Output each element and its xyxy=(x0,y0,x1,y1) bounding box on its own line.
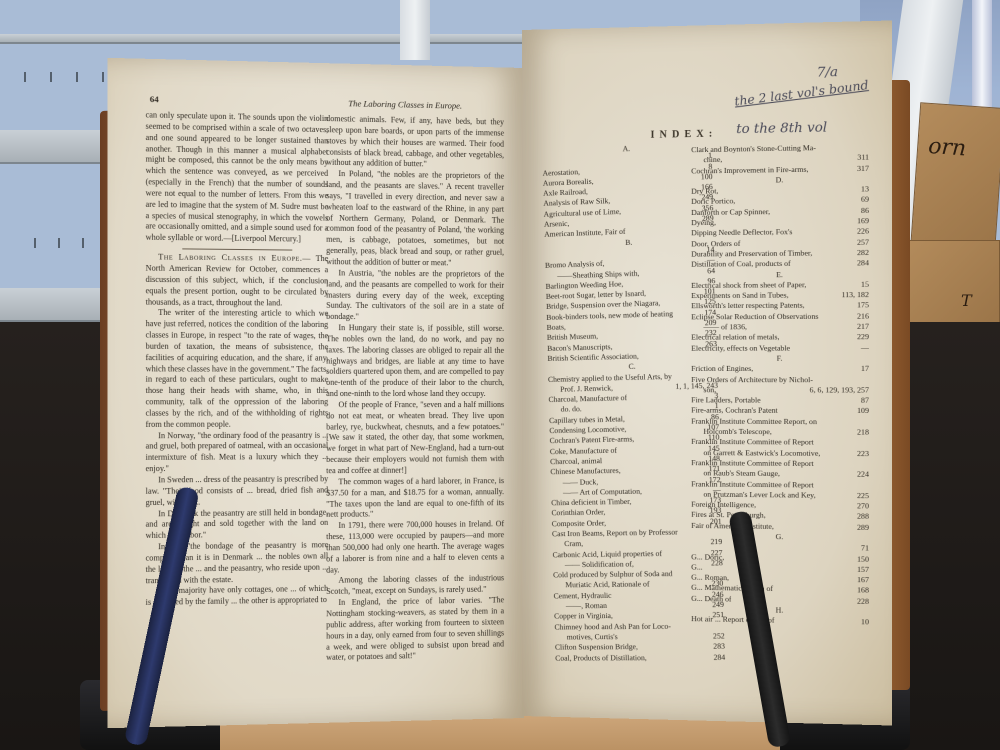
index-entry-page: 69 xyxy=(857,195,869,206)
shelf-slot xyxy=(58,238,60,248)
index-entry: son,6, 6, 129, 193, 257 xyxy=(691,385,869,396)
index-entry-title: Experiments on Sand in Tubes, xyxy=(691,291,788,302)
index-entry-title: G... xyxy=(691,562,702,573)
running-head: 64 The Laboring Classes in Europe. xyxy=(150,94,502,102)
index-entry-title: Cochran's Improvement in Fire-arms, xyxy=(691,164,808,176)
index-entry: Franklin Institute Committee Report, on xyxy=(691,416,869,427)
index-entry-page xyxy=(865,417,869,428)
index-entry-title: Composite Order, xyxy=(552,518,607,529)
index-entry-title: on Raub's Steam Gauge, xyxy=(691,468,780,479)
paragraph: In Hungary their state is, if possible, … xyxy=(326,323,504,400)
index-entry-page: 228 xyxy=(853,596,869,607)
index-entry-page: 229 xyxy=(853,332,869,343)
right-page: 7/a the 2 last vol's bound INDEX: to the… xyxy=(522,20,892,725)
section-heading: The Laboring Classes in Europe.— xyxy=(158,252,311,263)
index-entry: —— of 1836,217 xyxy=(691,322,869,333)
index-entry-title: G... Doric, xyxy=(691,552,724,563)
index-entry-title: Electrical shock from sheet of Paper, xyxy=(691,280,806,291)
index-entry-page: 167 xyxy=(853,575,869,586)
index-entry-title: Danforth or Cap Spinner, xyxy=(691,207,770,218)
index-entry: Five Orders of Architecture by Nichol- xyxy=(691,375,869,386)
index-entry-title: Cram, xyxy=(552,539,583,550)
paragraph: domestic animals. Few, if any, have beds… xyxy=(326,114,504,172)
paragraph: can only speculate upon it. The sounds u… xyxy=(146,110,329,246)
index-entry-title: Five Orders of Architecture by Nichol- xyxy=(691,375,813,386)
paragraph: The Laboring Classes in Europe.— The Nor… xyxy=(146,252,329,309)
shelf-slot xyxy=(76,72,78,82)
paragraph: In 1791, there were 700,000 houses in Ir… xyxy=(326,519,504,576)
index-entry-title: Franklin Institute Committee Report, on xyxy=(691,416,817,427)
index-entry: Eclipse Solar Reduction of Observations2… xyxy=(691,311,869,322)
index-entry-title: Doric Portico, xyxy=(691,197,735,208)
index-entry: Fire Ladders, Portable87 xyxy=(691,395,869,406)
index-letter-heading: F. xyxy=(691,353,869,364)
running-title: The Laboring Classes in Europe. xyxy=(348,98,462,111)
index-entry-title: Dry Rot, xyxy=(691,186,718,197)
index-entry-title: Franklin Institute Committee of Report xyxy=(691,437,813,448)
index-entry-page: 226 xyxy=(853,227,869,238)
index-title: INDEX: xyxy=(651,128,718,140)
divider xyxy=(183,249,293,251)
paragraph: In Sweden ... dress of the peasantry is … xyxy=(146,474,329,509)
index-entry-title: son, xyxy=(691,385,716,395)
index-entry-page: 86 xyxy=(857,206,869,217)
shelf-slot xyxy=(50,72,52,82)
paragraph: The writer of the interesting article to… xyxy=(146,308,329,431)
index-entry-page: 223 xyxy=(853,448,869,459)
shelf-slot xyxy=(102,72,104,82)
index-entry-title: Chimney hood and Ash Pan for Loco- xyxy=(554,621,671,632)
photo-scene: orn T 64 The Laboring Classes in Europe.… xyxy=(0,0,1000,750)
index-entry-page: 168 xyxy=(853,586,869,597)
index-entry-title: Dyeing, xyxy=(691,218,716,229)
index-entry-title: Cold produced by Sulphur of Soda and xyxy=(553,569,673,581)
index-entry-page: 217 xyxy=(853,322,869,333)
index-entry-page: 17 xyxy=(857,364,869,375)
index-entry-title: Distillation of Coal, products of xyxy=(691,259,790,270)
box-handwriting: T xyxy=(961,291,972,310)
index-entry-page: 282 xyxy=(853,248,869,259)
index-entry-title: G... Death of xyxy=(691,594,731,605)
index-entry-page: 6, 6, 129, 193, 257 xyxy=(805,385,869,396)
index-entry-title: Cast Iron Beams, Report on by Professor xyxy=(552,527,678,539)
index-entry-title: Muriatic Acid, Rationale of xyxy=(553,580,649,591)
index-entry-page: 150 xyxy=(853,554,869,565)
index-entry-page: 289 xyxy=(853,522,869,533)
index-entry-page: 175 xyxy=(853,301,869,312)
index-entry-page: 225 xyxy=(853,491,869,502)
handwritten-note: to the 8th vol xyxy=(736,120,827,137)
shelf-slot xyxy=(24,72,26,82)
index-entry: Electrical relation of metals,229 xyxy=(691,332,869,343)
index-entry-title: Coke, Manufacture of xyxy=(550,445,617,457)
index-entry-page: 109 xyxy=(853,406,869,417)
index-entry-title: Holcomb's Telescope, xyxy=(691,427,772,438)
index-entry-page: 252 xyxy=(709,631,725,642)
index-entry-page xyxy=(865,438,869,449)
index-entry-page: 10 xyxy=(857,617,869,628)
paragraph: The common wages of a hard laborer, in F… xyxy=(326,476,504,521)
index-entry-title: Fires at St. Petersburgh, xyxy=(691,510,765,521)
index-column-2: Clark and Boynton's Stone-Cutting Ma-chi… xyxy=(691,142,869,628)
index-entry-page: 270 xyxy=(853,501,869,512)
paragraph: In Poland, "the nobles are the proprieto… xyxy=(326,169,504,270)
index-entry: Friction of Engines,17 xyxy=(691,364,869,375)
page-number: 64 xyxy=(150,94,159,104)
index-entry-page: 283 xyxy=(709,642,725,653)
index-entry-title: Clifton Suspension Bridge, xyxy=(555,642,638,653)
paragraph: Of the people of France, "seven and a ha… xyxy=(326,400,504,477)
index-entry-page: 317 xyxy=(853,163,869,174)
shelf-slot xyxy=(82,238,84,248)
index-entry-title: Chinese Manufactures, xyxy=(550,466,621,478)
index-entry-page: 157 xyxy=(853,565,869,576)
index-entry: Coal, Products of Distillation,284 xyxy=(555,652,725,663)
index-entry-page xyxy=(865,480,869,491)
index-entry: Electricity, effects on Vegetable— xyxy=(691,343,869,354)
index-entry-title: motives, Curtis's xyxy=(555,632,618,643)
index-entry-title: Eclipse Solar Reduction of Observations xyxy=(691,311,818,322)
paragraph: In Norway, "the ordinary food of the pea… xyxy=(146,430,329,475)
index-entry-title: chine, xyxy=(691,155,722,166)
paragraph: In England, the price of labor varies. "… xyxy=(326,595,504,664)
paragraph: Among the laboring classes of the indust… xyxy=(326,574,504,598)
index-entry-page: 13 xyxy=(857,184,869,195)
index-entry-title: Carbonic Acid, Liquid properties of xyxy=(552,548,662,560)
index-entry-title: Clark and Boynton's Stone-Cutting Ma- xyxy=(691,143,816,156)
index-entry-page: 284 xyxy=(709,652,725,663)
index-entry-title: Electricity, effects on Vegetable xyxy=(691,343,790,354)
index-entry-page: 87 xyxy=(857,396,869,407)
shelf-upright xyxy=(400,0,430,60)
index-entry-title: Copper in Virginia, xyxy=(554,611,613,622)
index-entry-page: 113, 182 xyxy=(837,290,869,301)
index-entry-title: Charcoal, Manufacture of xyxy=(548,393,627,405)
index-entry: Experiments on Sand in Tubes,113, 182 xyxy=(691,290,869,302)
index-entry-page: 311 xyxy=(853,153,869,164)
index-entry-page: 288 xyxy=(853,512,869,523)
handwritten-note: 7/a xyxy=(817,65,838,81)
index-entry-page: 169 xyxy=(853,216,869,227)
index-entry-title: Fire Ladders, Portable xyxy=(691,395,760,406)
handwritten-note: the 2 last vol's bound xyxy=(734,78,869,109)
index-entry-page: 257 xyxy=(853,237,869,248)
index-entry-title: Dipping Needle Deflector, Fox's xyxy=(691,227,792,239)
index-entry-title: Boats, xyxy=(546,322,565,333)
index-entry-title: Friction of Engines, xyxy=(691,364,753,374)
index-entry-page: 216 xyxy=(853,311,869,322)
cardboard-box: orn xyxy=(910,102,1000,258)
index-entry-page xyxy=(865,375,869,386)
index-entry-title: on Garrett & Eastwick's Locomotive, xyxy=(691,448,820,459)
index-entry-page: 224 xyxy=(853,470,869,481)
index-entry-title: G... Roman, xyxy=(691,573,729,584)
index-entry-page: 71 xyxy=(857,543,869,554)
index-entry-page xyxy=(865,142,869,153)
index-entry-title: Fire-arms, Cochran's Patent xyxy=(691,406,777,417)
paragraph: In Austria, "the nobles are the propriet… xyxy=(326,268,504,324)
index-entry-page xyxy=(865,459,869,470)
index-entry-title: Electrical relation of metals, xyxy=(691,333,779,344)
index-entry-title: Foreign Intelligence, xyxy=(691,500,756,511)
index-entry-page: 218 xyxy=(853,427,869,438)
index-entry-title: —— of 1836, xyxy=(691,322,747,333)
box-handwriting: orn xyxy=(927,134,967,162)
index-entry-page: 284 xyxy=(853,258,869,269)
index-entry-title: Cement, Hydraulic xyxy=(553,591,611,602)
index-entry-page: — xyxy=(857,343,869,354)
metal-pole xyxy=(972,0,992,120)
index-entry-page: 15 xyxy=(857,279,869,290)
index-entry-title: ——, Roman xyxy=(554,601,607,612)
index-entry-title: China deficient in Timber, xyxy=(551,497,631,509)
index-entry-title: Durability and Preservation of Timber, xyxy=(691,248,812,260)
index-entry: Fire-arms, Cochran's Patent109 xyxy=(691,406,869,417)
cardboard-box-lower: T xyxy=(900,240,1000,330)
text-column-2: domestic animals. Few, if any, have beds… xyxy=(326,114,504,664)
index-entry-title: Door, Orders of xyxy=(691,239,740,250)
shelf-slot xyxy=(34,238,36,248)
index-entry-title: Coal, Products of Distillation, xyxy=(555,653,647,664)
index-entry: Ellsworth's letter respecting Patents,17… xyxy=(691,301,869,312)
index-entry-title: Ellsworth's letter respecting Patents, xyxy=(691,301,804,312)
